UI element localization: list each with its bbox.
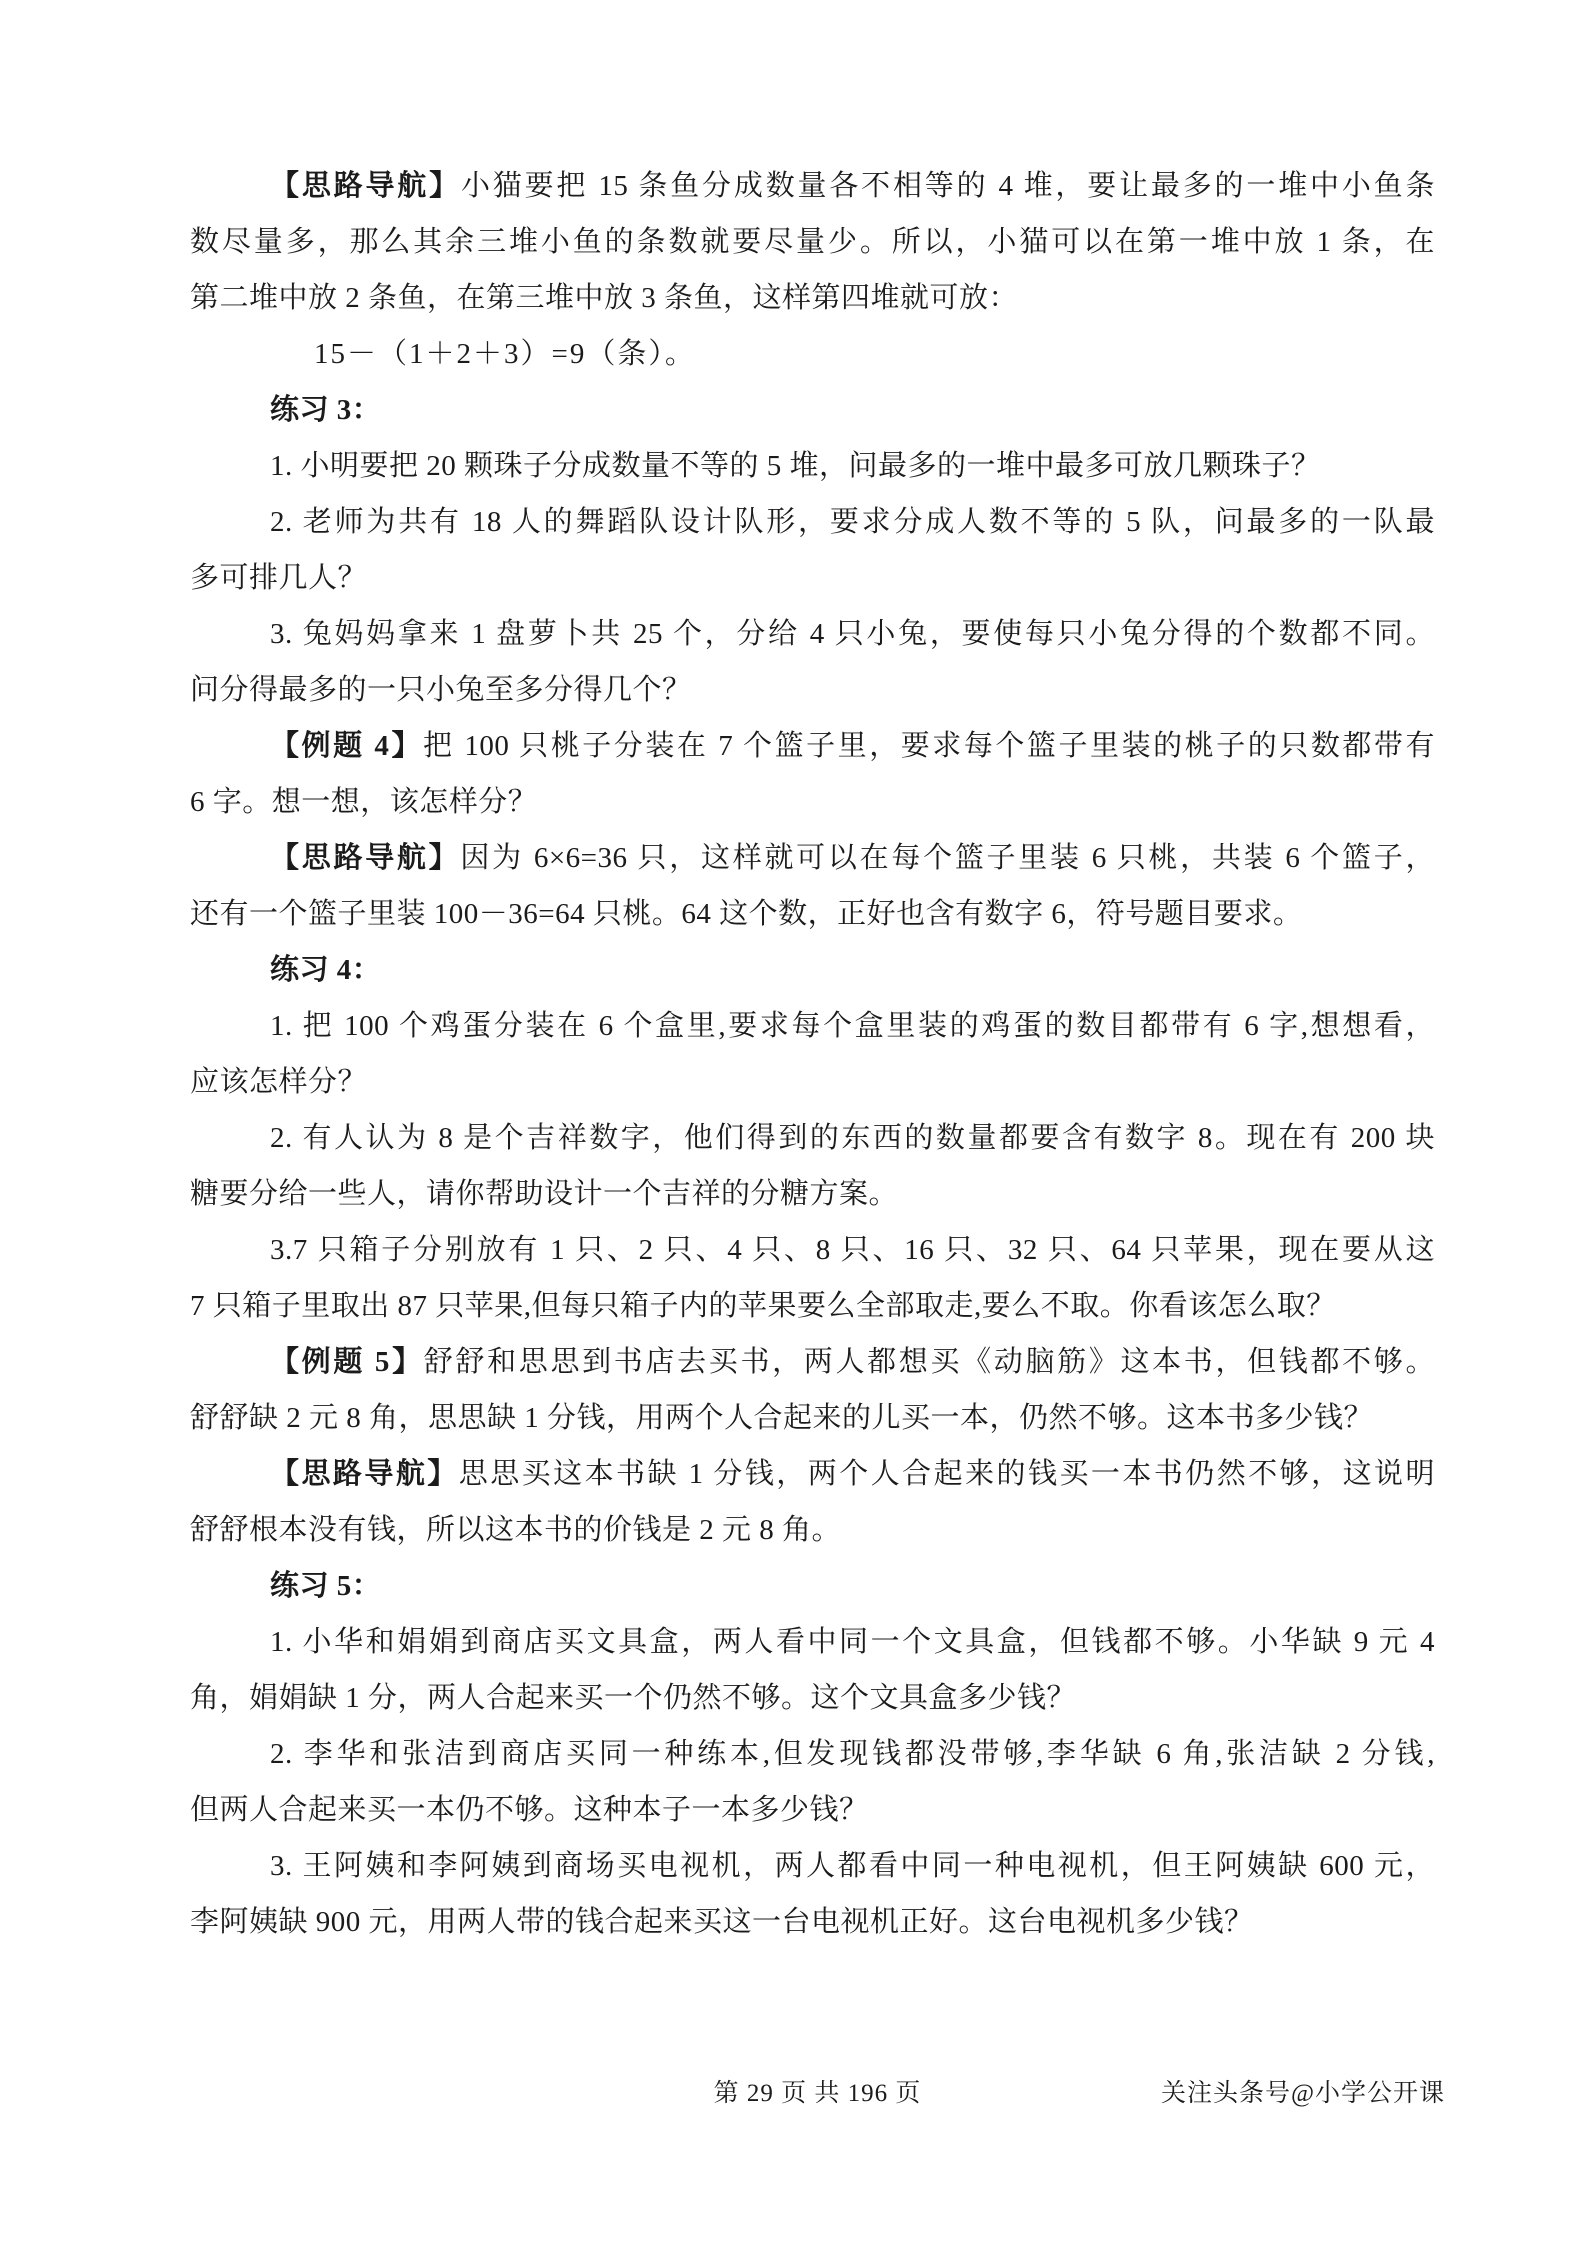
document-page: 【思路导航】小猫要把 15 条鱼分成数量各不相等的 4 堆，要让最多的一堆中小鱼… xyxy=(0,0,1587,2245)
bold-lead-label: 【例题 4】 xyxy=(270,730,423,762)
text-line: 舒舒缺 2 元 8 角，思思缺 1 分钱，用两个人合起来的儿买一本，仍然不够。这… xyxy=(190,1390,1435,1446)
text-line: 7 只箱子里取出 87 只苹果,但每只箱子内的苹果要么全部取走,要么不取。你看该… xyxy=(190,1278,1435,1334)
exercise-heading-line: 练习 4： xyxy=(190,942,1435,998)
text-line: 1. 小华和娟娟到商店买文具盒，两人看中同一个文具盒，但钱都不够。小华缺 9 元… xyxy=(190,1614,1435,1670)
text-line: 还有一个篮子里装 100－36=64 只桃。64 这个数，正好也含有数字 6，符… xyxy=(190,886,1435,942)
text-line: 多可排几人？ xyxy=(190,550,1435,606)
bold-lead-label: 【思路导航】 xyxy=(270,842,460,874)
text-line: 【例题 5】舒舒和思思到书店去买书，两人都想买《动脑筋》这本书，但钱都不够。 xyxy=(190,1334,1435,1390)
page-footer: 第 29 页 共 196 页 关注头条号@小学公开课 xyxy=(190,2074,1445,2114)
text-line: 2. 李华和张洁到商店买同一种练本,但发现钱都没带够,李华缺 6 角,张洁缺 2… xyxy=(190,1726,1435,1782)
document-body: 【思路导航】小猫要把 15 条鱼分成数量各不相等的 4 堆，要让最多的一堆中小鱼… xyxy=(190,158,1435,1950)
bold-lead-label: 【思路导航】 xyxy=(270,1458,459,1490)
text-line: 【思路导航】思思买这本书缺 1 分钱，两个人合起来的钱买一本书仍然不够，这说明 xyxy=(190,1446,1435,1502)
text-line: 1. 把 100 个鸡蛋分装在 6 个盒里,要求每个盒里装的鸡蛋的数目都带有 6… xyxy=(190,998,1435,1054)
text-line: 2. 有人认为 8 是个吉祥数字，他们得到的东西的数量都要含有数字 8。现在有 … xyxy=(190,1110,1435,1166)
text-line: 问分得最多的一只小兔至多分得几个？ xyxy=(190,662,1435,718)
text-line: 1. 小明要把 20 颗珠子分成数量不等的 5 堆，问最多的一堆中最多可放几颗珠… xyxy=(190,438,1435,494)
text-line: 3. 兔妈妈拿来 1 盘萝卜共 25 个，分给 4 只小兔，要使每只小兔分得的个… xyxy=(190,606,1435,662)
text-line: 李阿姨缺 900 元，用两人带的钱合起来买这一台电视机正好。这台电视机多少钱？ xyxy=(190,1894,1435,1950)
text-line: 应该怎样分？ xyxy=(190,1054,1435,1110)
exercise-heading-line: 练习 3： xyxy=(190,382,1435,438)
text-line: 但两人合起来买一本仍不够。这种本子一本多少钱？ xyxy=(190,1782,1435,1838)
text-line: 第二堆中放 2 条鱼，在第三堆中放 3 条鱼，这样第四堆就可放： xyxy=(190,270,1435,326)
text-line: 【例题 4】把 100 只桃子分装在 7 个篮子里，要求每个篮子里装的桃子的只数… xyxy=(190,718,1435,774)
footer-source: 关注头条号@小学公开课 xyxy=(1161,2074,1445,2114)
text-line: 舒舒根本没有钱，所以这本书的价钱是 2 元 8 角。 xyxy=(190,1502,1435,1558)
bold-lead-label: 【例题 5】 xyxy=(270,1346,424,1378)
text-line: 6 字。想一想，该怎样分？ xyxy=(190,774,1435,830)
text-line: 【思路导航】小猫要把 15 条鱼分成数量各不相等的 4 堆，要让最多的一堆中小鱼… xyxy=(190,158,1435,214)
text-line: 15－（1＋2＋3）=9（条）。 xyxy=(190,326,1435,382)
text-line: 数尽量多，那么其余三堆小鱼的条数就要尽量少。所以，小猫可以在第一堆中放 1 条，… xyxy=(190,214,1435,270)
text-line: 3. 王阿姨和李阿姨到商场买电视机，两人都看中同一种电视机，但王阿姨缺 600 … xyxy=(190,1838,1435,1894)
text-line: 3.7 只箱子分别放有 1 只、2 只、4 只、8 只、16 只、32 只、64… xyxy=(190,1222,1435,1278)
text-line: 2. 老师为共有 18 人的舞蹈队设计队形，要求分成人数不等的 5 队，问最多的… xyxy=(190,494,1435,550)
bold-lead-label: 【思路导航】 xyxy=(270,170,461,202)
text-line: 【思路导航】因为 6×6=36 只，这样就可以在每个篮子里装 6 只桃，共装 6… xyxy=(190,830,1435,886)
text-line: 角，娟娟缺 1 分，两人合起来买一个仍然不够。这个文具盒多少钱？ xyxy=(190,1670,1435,1726)
page-number: 第 29 页 共 196 页 xyxy=(714,2074,922,2114)
exercise-heading-line: 练习 5： xyxy=(190,1558,1435,1614)
text-line: 糖要分给一些人，请你帮助设计一个吉祥的分糖方案。 xyxy=(190,1166,1435,1222)
